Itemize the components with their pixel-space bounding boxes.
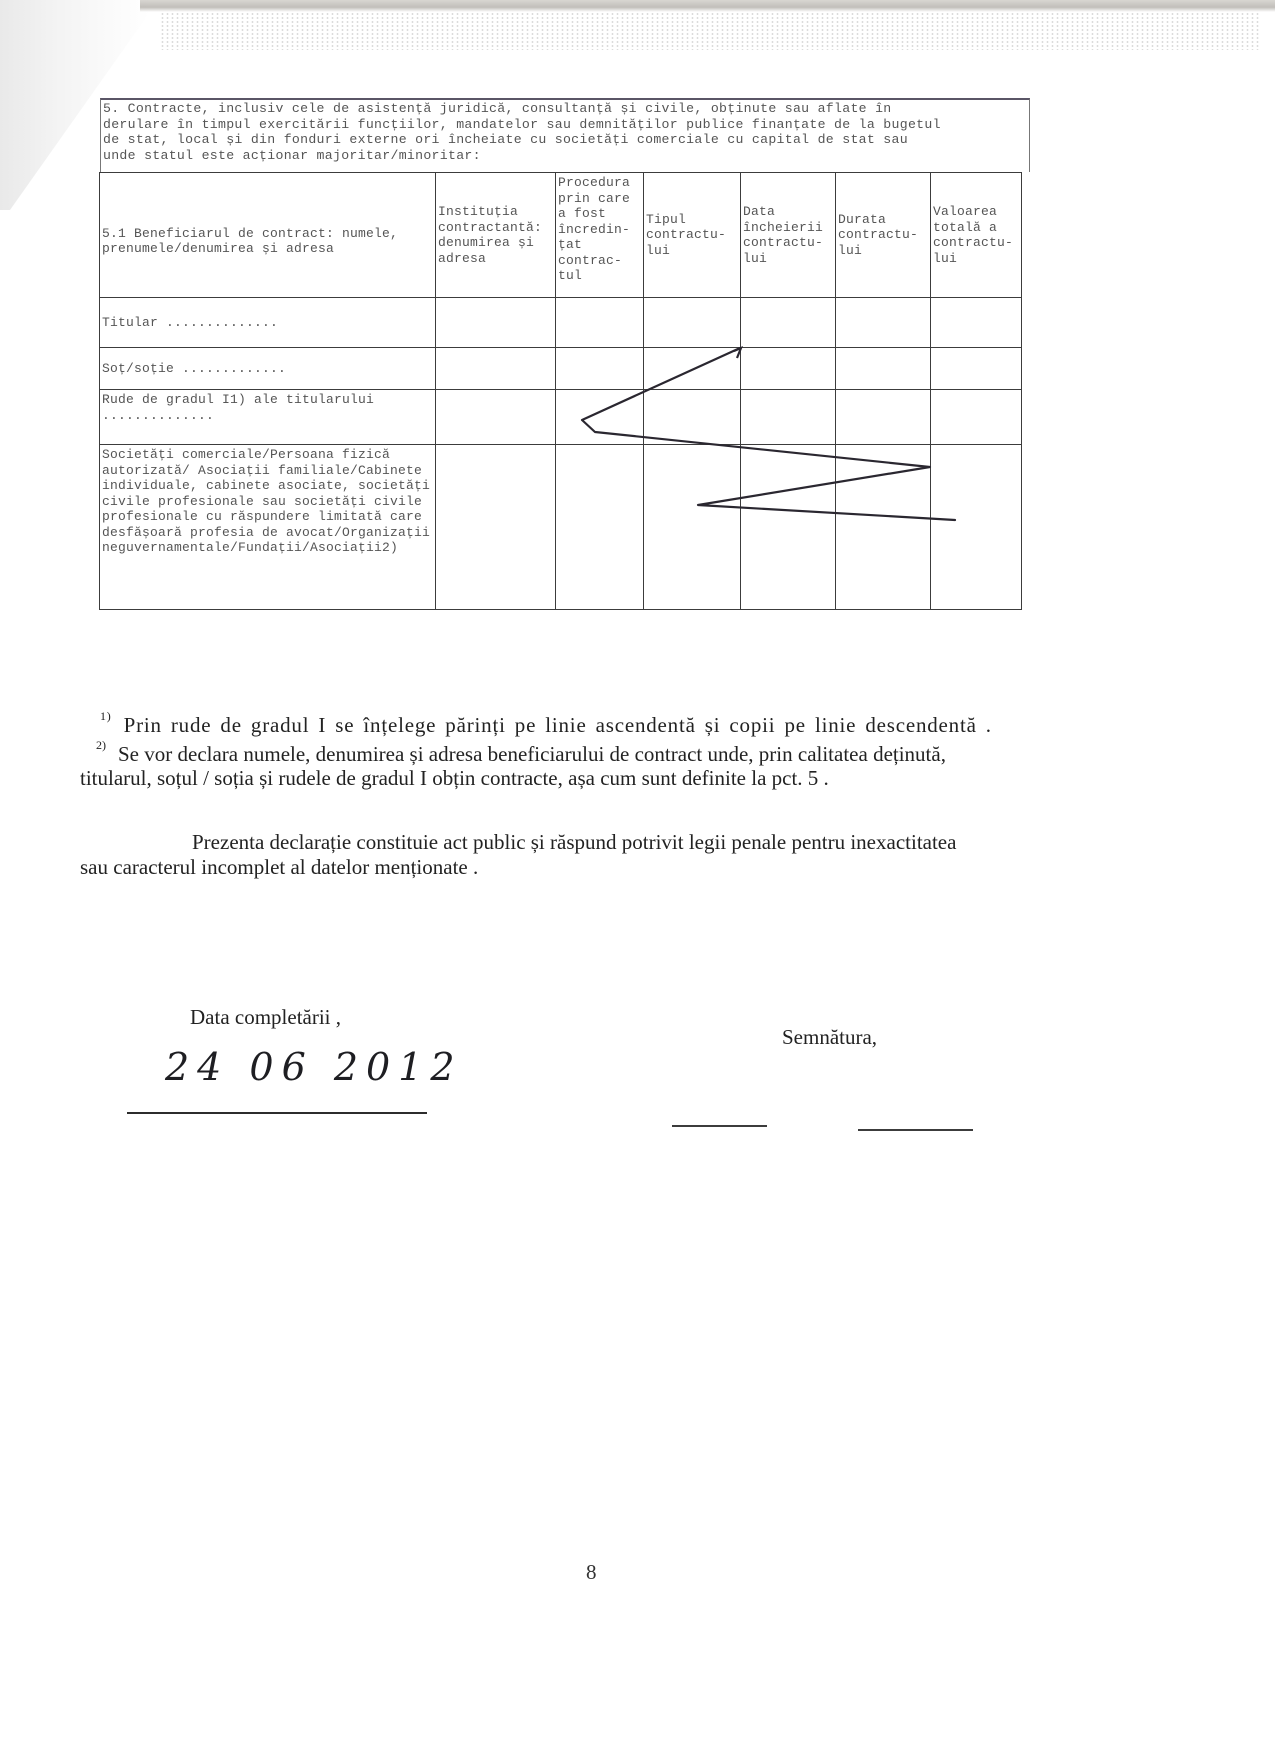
header-contract-type: Tipul contractu-lui [644, 173, 741, 298]
signature-label: Semnătura, [782, 1025, 877, 1050]
intro-line: 5. Contracte, inclusiv cele de asistență… [103, 101, 1027, 117]
contracts-table: 5.1 Beneficiarul de contract: numele, pr… [99, 172, 1022, 610]
table-cell [741, 445, 836, 610]
table-cell [644, 390, 741, 445]
handwritten-date: 24 06 2012 [165, 1045, 463, 1089]
table-cell [644, 445, 741, 610]
intro-line: unde statul este acționar majoritar/mino… [103, 148, 1027, 164]
row-label-relatives: Rude de gradul I1) ale titularului .....… [100, 390, 436, 445]
scan-noise [160, 12, 1260, 50]
table-row: Titular .............. [100, 298, 1022, 348]
table-cell [644, 298, 741, 348]
intro-line: derulare în timpul exercitării funcțiilo… [103, 117, 1027, 133]
footnotes: 1)Prin rude de gradul I se înțelege pări… [80, 708, 1140, 790]
footnote-2: 2)Se vor declara numele, denumirea și ad… [80, 737, 1140, 766]
table-cell [556, 348, 644, 390]
header-contract-value: Valoarea totală a contractu-lui [931, 173, 1022, 298]
table-cell [556, 390, 644, 445]
table-cell [931, 348, 1022, 390]
declaration-statement: Prezenta declarație constituie act publi… [80, 830, 1140, 880]
footnote-1: 1)Prin rude de gradul I se înțelege pări… [80, 708, 1140, 737]
header-contract-date: Data încheierii contractu-lui [741, 173, 836, 298]
table-cell [556, 298, 644, 348]
table-cell [436, 298, 556, 348]
section-5-intro: 5. Contracte, inclusiv cele de asistență… [100, 98, 1030, 172]
row-label-companies: Societăți comerciale/Persoana fizică aut… [100, 445, 436, 610]
header-procedure: Procedura prin care a fost încredin-țat … [556, 173, 644, 298]
signature-line [672, 1125, 767, 1127]
declaration-line: Prezenta declarație constituie act publi… [80, 830, 1140, 855]
row-label-spouse: Soț/soție ............. [100, 348, 436, 390]
table-cell [556, 445, 644, 610]
table-cell [741, 390, 836, 445]
table-cell [931, 445, 1022, 610]
header-contract-duration: Durata contractu-lui [836, 173, 931, 298]
table-row: Societăți comerciale/Persoana fizică aut… [100, 445, 1022, 610]
intro-line: de stat, local și din fonduri externe or… [103, 132, 1027, 148]
table-cell [644, 348, 741, 390]
table-cell [836, 348, 931, 390]
header-beneficiary: 5.1 Beneficiarul de contract: numele, pr… [100, 173, 436, 298]
table-cell [836, 445, 931, 610]
table-cell [836, 298, 931, 348]
date-label: Data completării , [190, 1005, 341, 1030]
declaration-text: Prezenta declarație constituie act publi… [192, 830, 956, 854]
signature-line [858, 1129, 973, 1131]
declaration-line: sau caracterul incomplet al datelor menț… [80, 855, 1140, 880]
table-cell [436, 390, 556, 445]
header-institution: Instituția contractantă: denumirea și ad… [436, 173, 556, 298]
table-header-row: 5.1 Beneficiarul de contract: numele, pr… [100, 173, 1022, 298]
scan-top-edge [140, 0, 1275, 12]
row-label-titular: Titular .............. [100, 298, 436, 348]
table-cell [741, 298, 836, 348]
footnote-marker: 2) [96, 738, 106, 752]
footnote-marker: 1) [100, 709, 112, 723]
table-row: Soț/soție ............. [100, 348, 1022, 390]
footnote-2-continued: titularul, soțul / soția și rudele de gr… [80, 766, 1140, 790]
table-cell [741, 348, 836, 390]
table-cell [436, 445, 556, 610]
table-cell [931, 298, 1022, 348]
table-cell [931, 390, 1022, 445]
table-cell [436, 348, 556, 390]
table-cell [836, 390, 931, 445]
date-underline [127, 1112, 427, 1114]
table-row: Rude de gradul I1) ale titularului .....… [100, 390, 1022, 445]
footnote-text: Prin rude de gradul I se înțelege părinț… [124, 713, 992, 737]
page-number: 8 [586, 1560, 597, 1585]
footnote-text: Se vor declara numele, denumirea și adre… [118, 742, 946, 766]
